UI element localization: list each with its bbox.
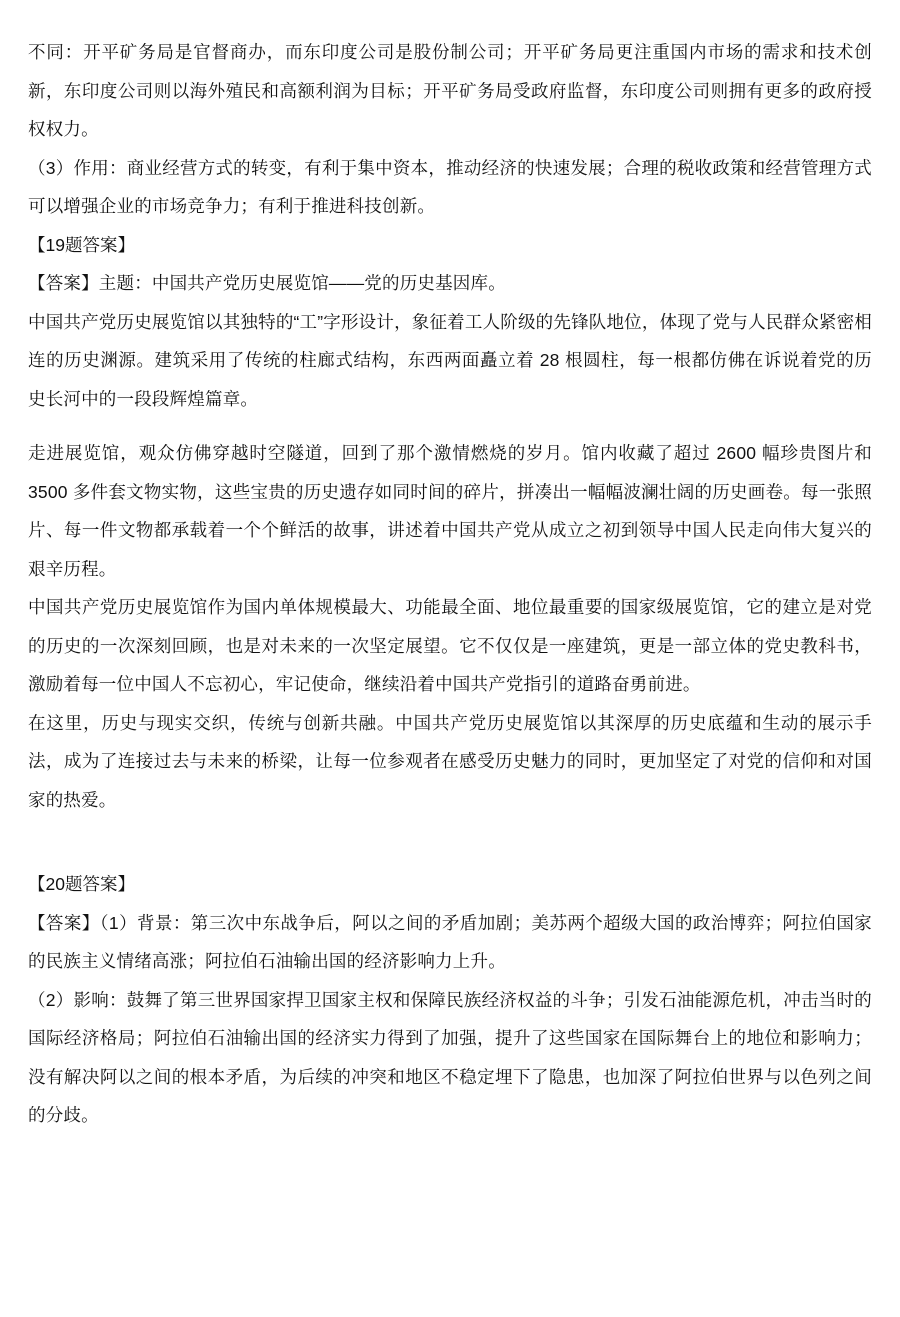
answer-20-part2-paragraph: （2）影响：鼓舞了第三世界国家捍卫国家主权和保障民族经济权益的斗争；引发石油能源…	[28, 981, 872, 1135]
document-page: 不同：开平矿务局是官督商办，而东印度公司是股份制公司；开平矿务局更注重国内市场的…	[0, 0, 900, 1317]
answer-19-paragraph-2: 走进展览馆，观众仿佛穿越时空隧道，回到了那个激情燃烧的岁月。馆内收藏了超过 26…	[28, 434, 872, 588]
question-20-answer-heading: 【20题答案】	[28, 865, 872, 904]
answer-19-paragraph-1: 中国共产党历史展览馆以其独特的“工”字形设计，象征着工人阶级的先锋队地位，体现了…	[28, 303, 872, 419]
answer-18-part3-paragraph: （3）作用：商业经营方式的转变，有利于集中资本，推动经济的快速发展；合理的税收政…	[28, 149, 872, 226]
answer-18-difference-paragraph: 不同：开平矿务局是官督商办，而东印度公司是股份制公司；开平矿务局更注重国内市场的…	[28, 33, 872, 149]
answer-20-part1-paragraph: 【答案】（1）背景：第三次中东战争后，阿以之间的矛盾加剧；美苏两个超级大国的政治…	[28, 904, 872, 981]
answer-19-theme-line: 【答案】主题：中国共产党历史展览馆——党的历史基因库。	[28, 264, 872, 303]
question-19-answer-heading: 【19题答案】	[28, 226, 872, 265]
answer-19-paragraph-3: 中国共产党历史展览馆作为国内单体规模最大、功能最全面、地位最重要的国家级展览馆，…	[28, 588, 872, 704]
answer-19-paragraph-4: 在这里，历史与现实交织，传统与创新共融。中国共产党历史展览馆以其深厚的历史底蕴和…	[28, 704, 872, 820]
